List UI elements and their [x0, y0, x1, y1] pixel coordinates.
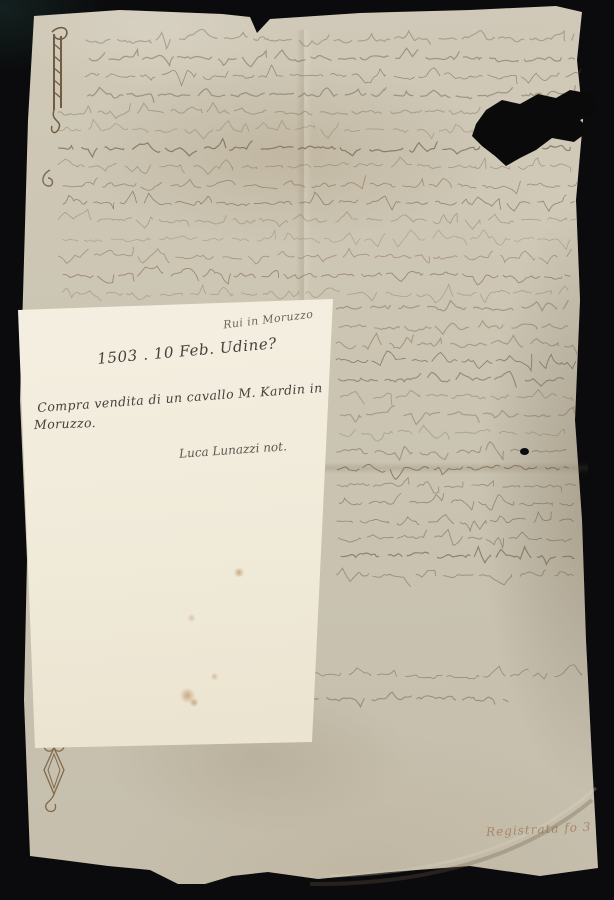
foxing-stain — [189, 698, 199, 707]
foxing-stain — [210, 673, 219, 680]
foxing-stain — [233, 568, 245, 577]
foxing-stain — [187, 614, 196, 622]
note-subject-line2: Moruzzo. — [34, 415, 97, 432]
note-signature: Luca Lunazzi not. — [179, 439, 288, 460]
note-subject-line1: Compra vendita di un cavallo M. Kardin i… — [37, 380, 323, 415]
note-location: Rui in Moruzzo — [223, 308, 314, 332]
crease-line — [322, 462, 588, 474]
worm-hole — [520, 448, 529, 455]
note-date: 1503 . 10 Feb. Udine? — [97, 334, 278, 368]
photo-backdrop: Registrata fo 3 Rui in Moruzzo 1503 . 10… — [0, 0, 614, 900]
archivist-note-paper: Rui in Moruzzo 1503 . 10 Feb. Udine? Com… — [17, 298, 339, 752]
